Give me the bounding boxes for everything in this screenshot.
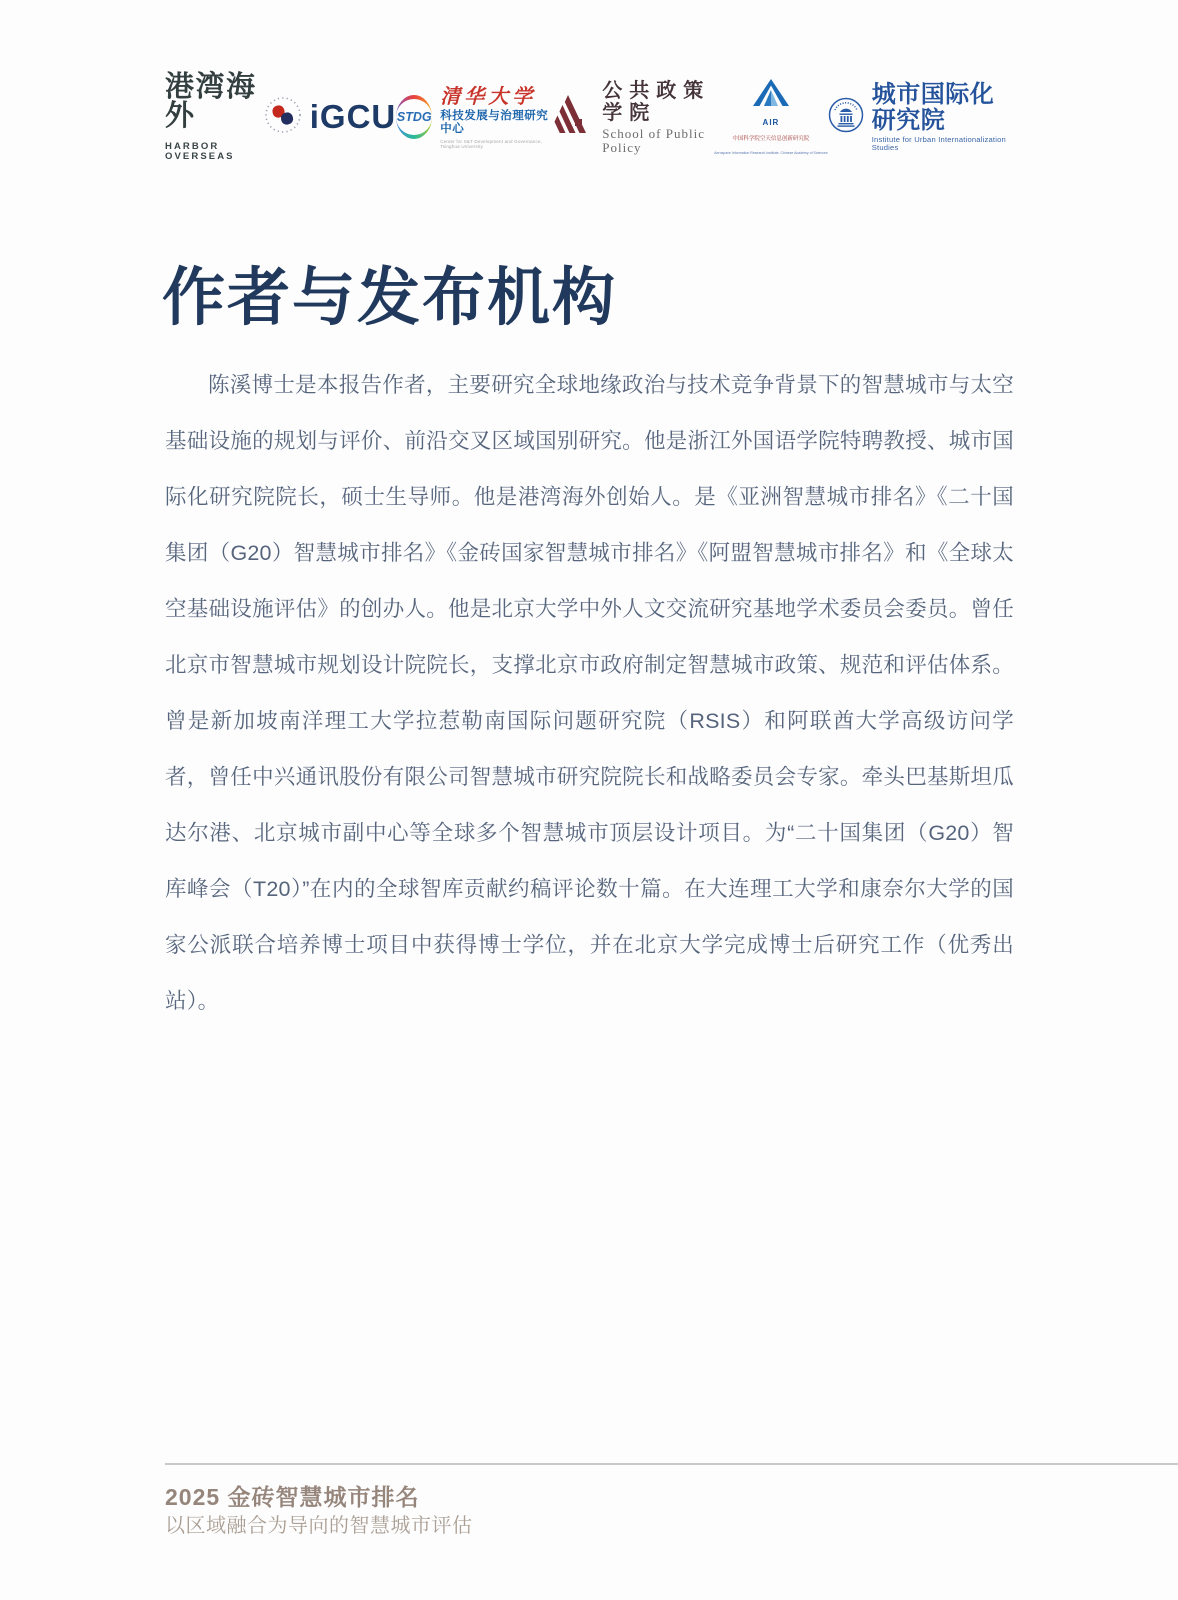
stdg-dept-label: 科技发展与治理研究中心: [440, 110, 548, 136]
logo-harbor-overseas: 港湾海外 HARBOR OVERSEAS: [165, 73, 264, 161]
igcu-wordmark: iGCU: [310, 98, 397, 136]
stdg-badge-label: STDG: [396, 99, 432, 135]
footer-divider: [165, 1463, 1178, 1465]
air-triangle-icon: [753, 79, 789, 110]
logo-igcu: iGCU: [264, 92, 397, 143]
spp-triangle-icon: [548, 93, 594, 142]
footer-report-title: 2025 金砖智慧城市排名: [165, 1479, 420, 1512]
igcu-emblem-icon: [264, 92, 302, 143]
air-abbr-label: AIR: [763, 119, 780, 127]
logo-school-of-public-policy: 公共政策学院 School of Public Policy: [548, 79, 714, 156]
iuis-zh-label: 城市国际化研究院: [872, 82, 1012, 132]
footer-report-subtitle: 以区域融合为导向的智慧城市评估: [165, 1509, 473, 1538]
spp-zh-label: 公共政策学院: [602, 79, 714, 123]
logo-stdg-tsinghua: STDG 清华大学 科技发展与治理研究中心 Center for S&T Dev…: [396, 85, 548, 149]
report-page: 港湾海外 HARBOR OVERSEAS iGCU STDG 清华大学 科技发展…: [0, 0, 1178, 1600]
harbor-overseas-zh-label: 港湾海外: [165, 73, 264, 131]
iuis-en-label: Institute for Urban Internationalization…: [872, 136, 1012, 152]
logo-iuis: 城市国际化研究院 Institute for Urban Internation…: [828, 82, 1012, 151]
tsinghua-script-label: 清华大学: [440, 85, 548, 108]
stdg-ring-icon: STDG: [396, 95, 432, 139]
author-bio-paragraph: 陈溪博士是本报告作者，主要研究全球地缘政治与技术竞争背景下的智慧城市与太空基础设…: [165, 357, 1014, 1029]
air-en-label: Aerospace Information Research Institute…: [714, 152, 828, 156]
logo-air-cas: AIR 中国科学院空天信息创新研究院 Aerospace Information…: [714, 79, 828, 156]
harbor-overseas-en-label: HARBOR OVERSEAS: [165, 142, 264, 161]
iuis-seal-icon: [828, 97, 864, 138]
air-zh-label: 中国科学院空天信息创新研究院: [732, 137, 809, 143]
spp-en-label: School of Public Policy: [602, 127, 714, 156]
publisher-logo-row: 港湾海外 HARBOR OVERSEAS iGCU STDG 清华大学 科技发展…: [165, 86, 1012, 148]
page-title: 作者与发布机构: [162, 258, 617, 340]
stdg-en-label: Center for S&T Development and Governanc…: [440, 139, 548, 149]
